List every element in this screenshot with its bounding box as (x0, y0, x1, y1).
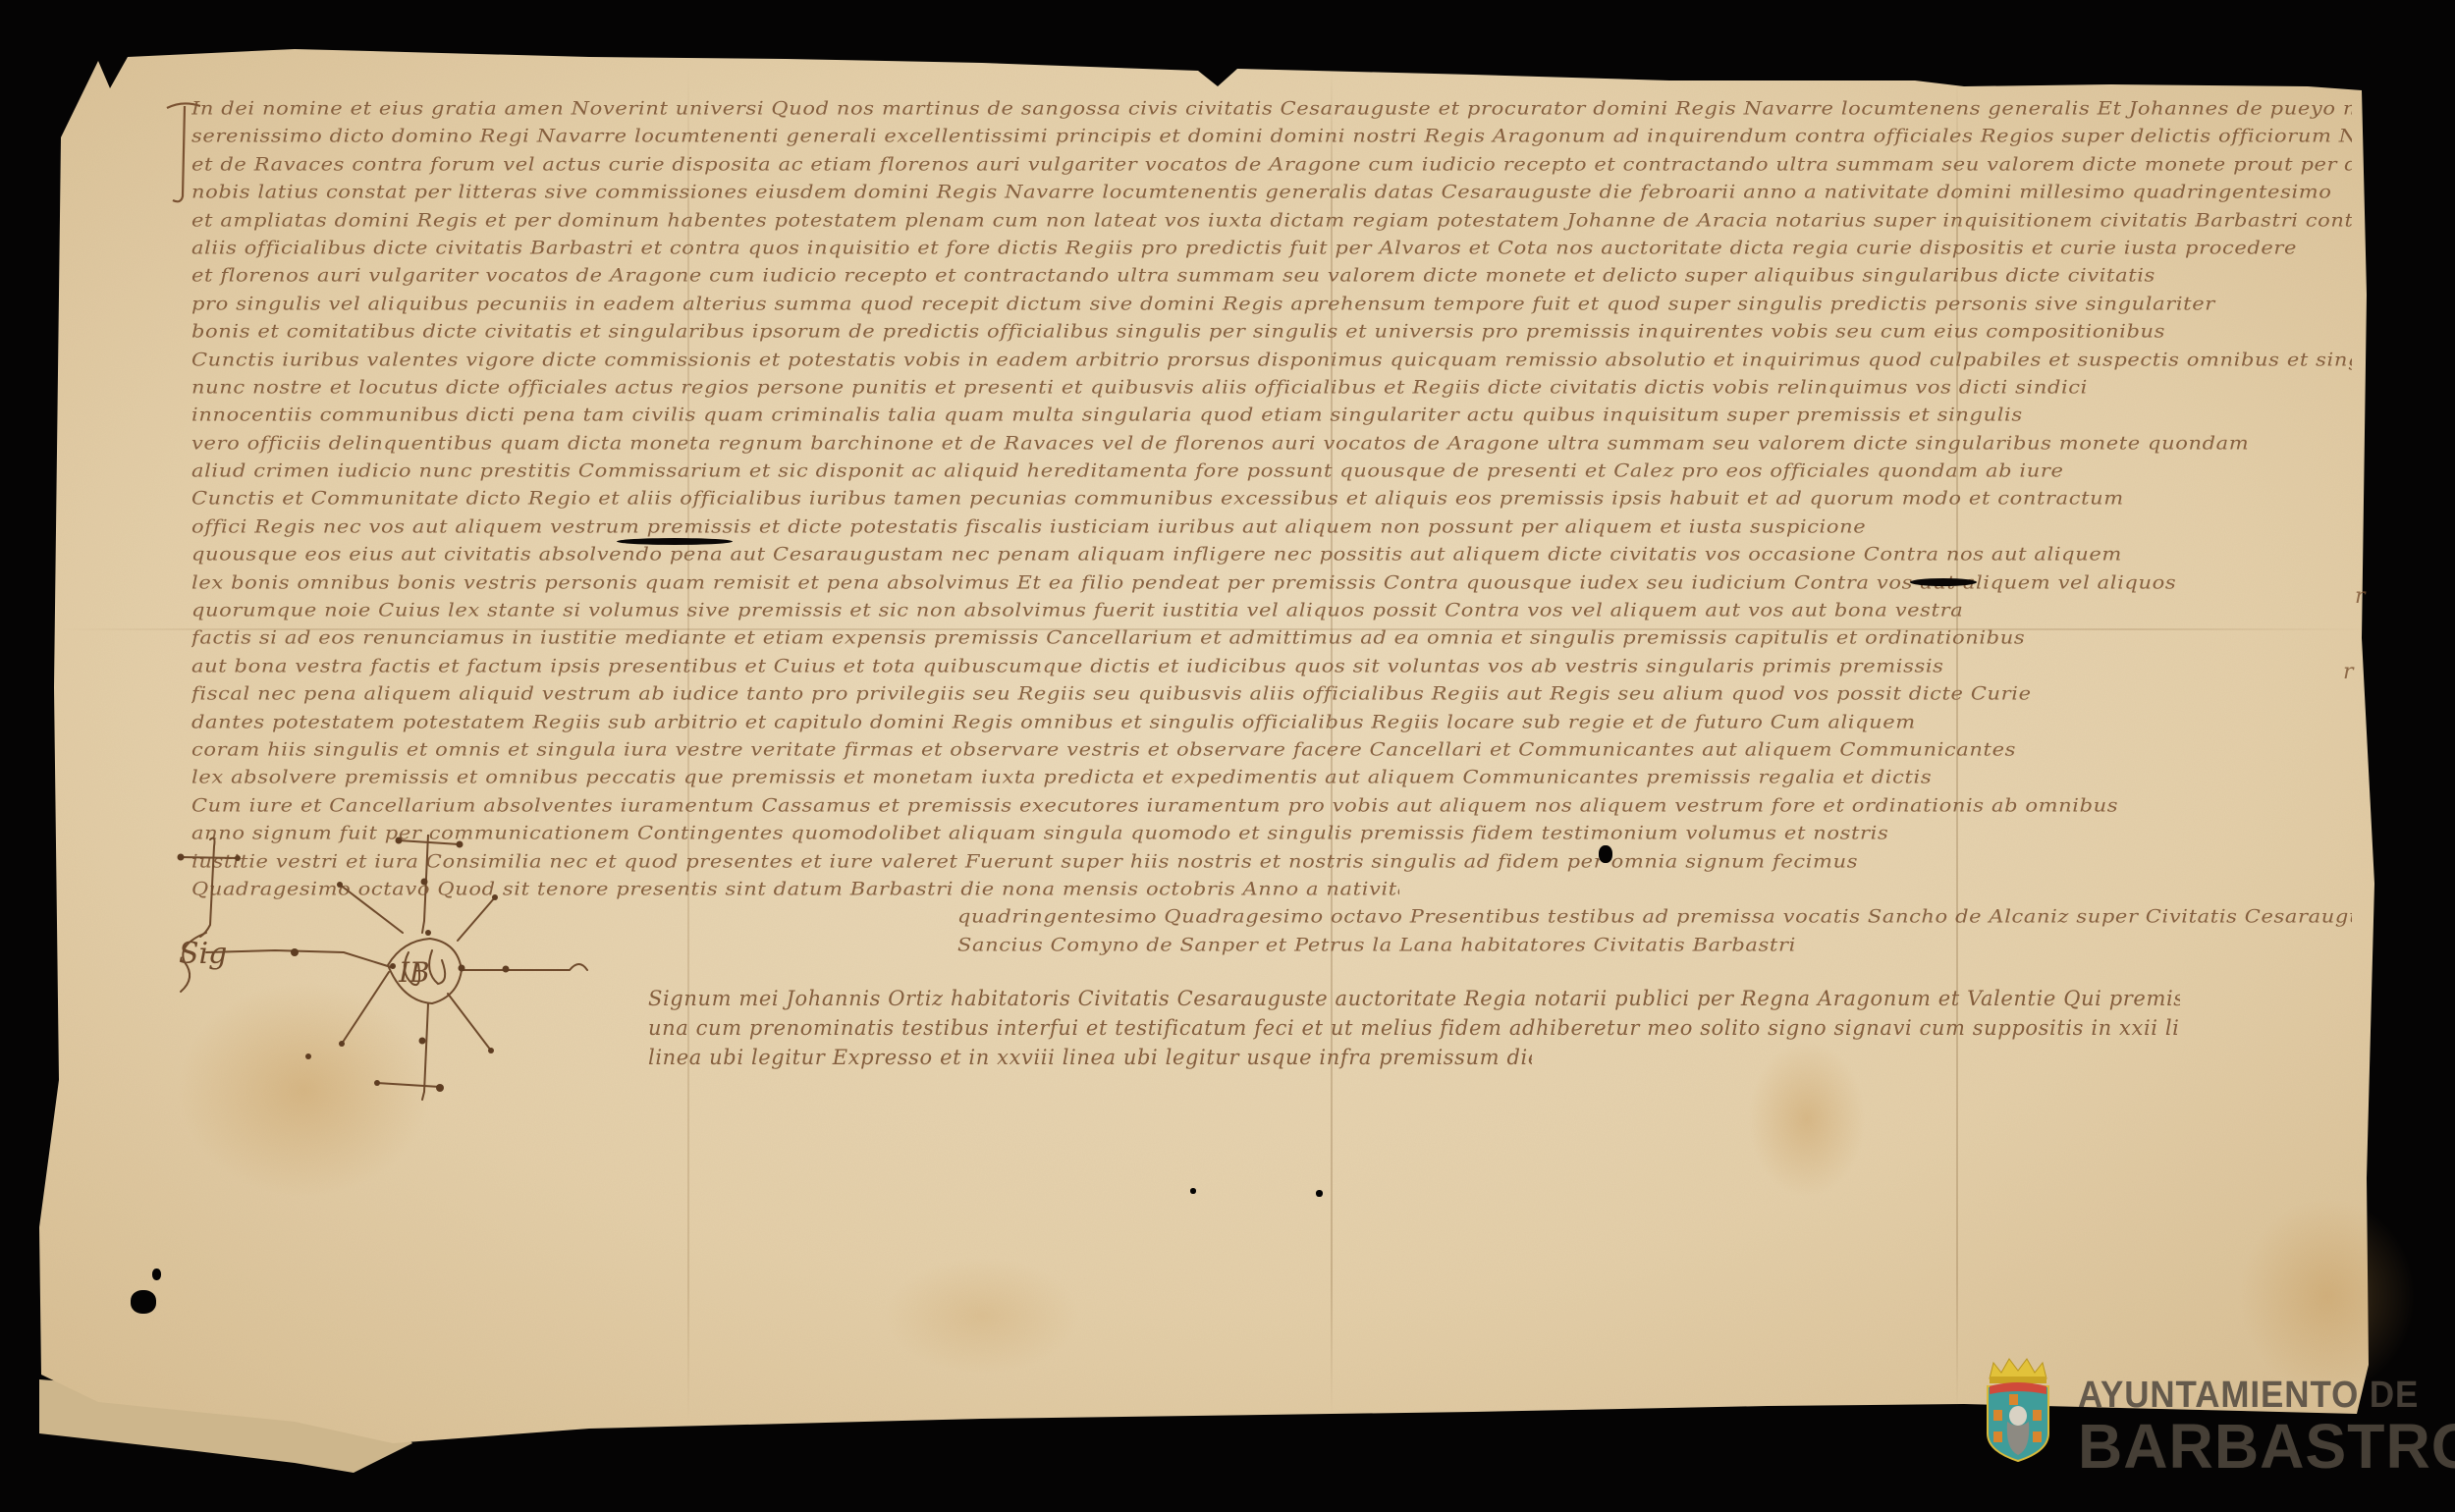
text-line: et florenos auri vulgariter vocatos de A… (191, 263, 2352, 289)
decorated-initial-icon (165, 98, 204, 206)
parchment-hole (152, 1269, 161, 1280)
text-line: fiscal nec pena aliquem aliquid vestrum … (191, 681, 2352, 707)
text-line: et de Ravaces contra forum vel actus cur… (191, 151, 2352, 177)
subscription-line: Signum mei Johannis Ortiz habitatoris Ci… (648, 984, 2180, 1013)
coat-of-arms-icon (1984, 1353, 2052, 1463)
text-line: aliud crimen iudicio nunc prestitis Comm… (191, 458, 2352, 483)
text-line: nobis latius constat per litteras sive c… (191, 180, 2352, 205)
text-line: offici Regis nec vos aut aliquem vestrum… (191, 513, 2352, 539)
text-line: nunc nostre et locutus dicte officiales … (191, 374, 2352, 400)
notary-subscription: Signum mei Johannis Ortiz habitatoris Ci… (648, 984, 2180, 1072)
parchment-slit (1910, 578, 1977, 586)
text-line: Cum iure et Cancellarium absolventes iur… (191, 792, 2352, 818)
text-line: In dei nomine et eius gratia amen Noveri… (191, 95, 2352, 121)
text-line: Cunctis et Communitate dicto Regio et al… (191, 486, 2352, 512)
text-line: aliis officialibus dicte civitatis Barba… (191, 235, 2352, 260)
subscription-line: linea ubi legitur Expresso et in xxviii … (648, 1043, 1532, 1072)
text-line: lex absolvere premissis et omnibus pecca… (191, 765, 2352, 790)
margin-note: r (2355, 584, 2366, 609)
parchment-hole (1190, 1188, 1196, 1194)
water-stain (884, 1257, 1080, 1375)
text-line: Cunctis iuribus valentes vigore dicte co… (191, 347, 2352, 372)
text-line: aut bona vestra factis et factum ipsis p… (191, 653, 2352, 678)
parchment-slit (617, 538, 733, 545)
parchment-hole (1316, 1190, 1323, 1197)
text-line: et ampliatas domini Regis et per dominum… (191, 207, 2352, 233)
text-line: quousque eos eius aut civitatis absolven… (191, 542, 2352, 567)
parchment-hole (131, 1290, 156, 1314)
margin-note: r (2343, 660, 2354, 684)
text-line: vero officiis delinquentibus quam dicta … (191, 430, 2352, 456)
text-line: quorumque noie Cuius lex stante si volum… (191, 597, 2352, 622)
signum-monogram: IB (398, 956, 430, 989)
notarial-signum-icon: Sig IB (167, 835, 717, 1159)
text-line: factis si ad eos renunciamus in iustitie… (191, 625, 2352, 651)
text-line: pro singulis vel aliquibus pecuniis in e… (191, 291, 2352, 316)
subscription-line: una cum prenominatis testibus interfui e… (648, 1013, 2180, 1043)
text-line: serenissimo dicto domino Regi Navarre lo… (191, 124, 2352, 149)
text-line: dantes potestatem potestatem Regiis sub … (191, 709, 2352, 734)
institution-watermark: AYUNTAMIENTO DE BARBASTRO (1984, 1353, 2455, 1471)
watermark-line-2: BARBASTRO (2078, 1410, 2455, 1483)
signum-label: Sig (179, 937, 227, 971)
parchment-hole (1599, 845, 1612, 863)
charter-body-text: In dei nomine et eius gratia amen Noveri… (191, 94, 2352, 958)
text-line: bonis et comitatibus dicte civitatis et … (191, 319, 2352, 345)
text-line: lex bonis omnibus bonis vestris personis… (191, 569, 2352, 595)
text-line: coram hiis singulis et omnis et singula … (191, 736, 2352, 762)
text-line: innocentiis communibus dicti pena tam ci… (191, 403, 2352, 428)
